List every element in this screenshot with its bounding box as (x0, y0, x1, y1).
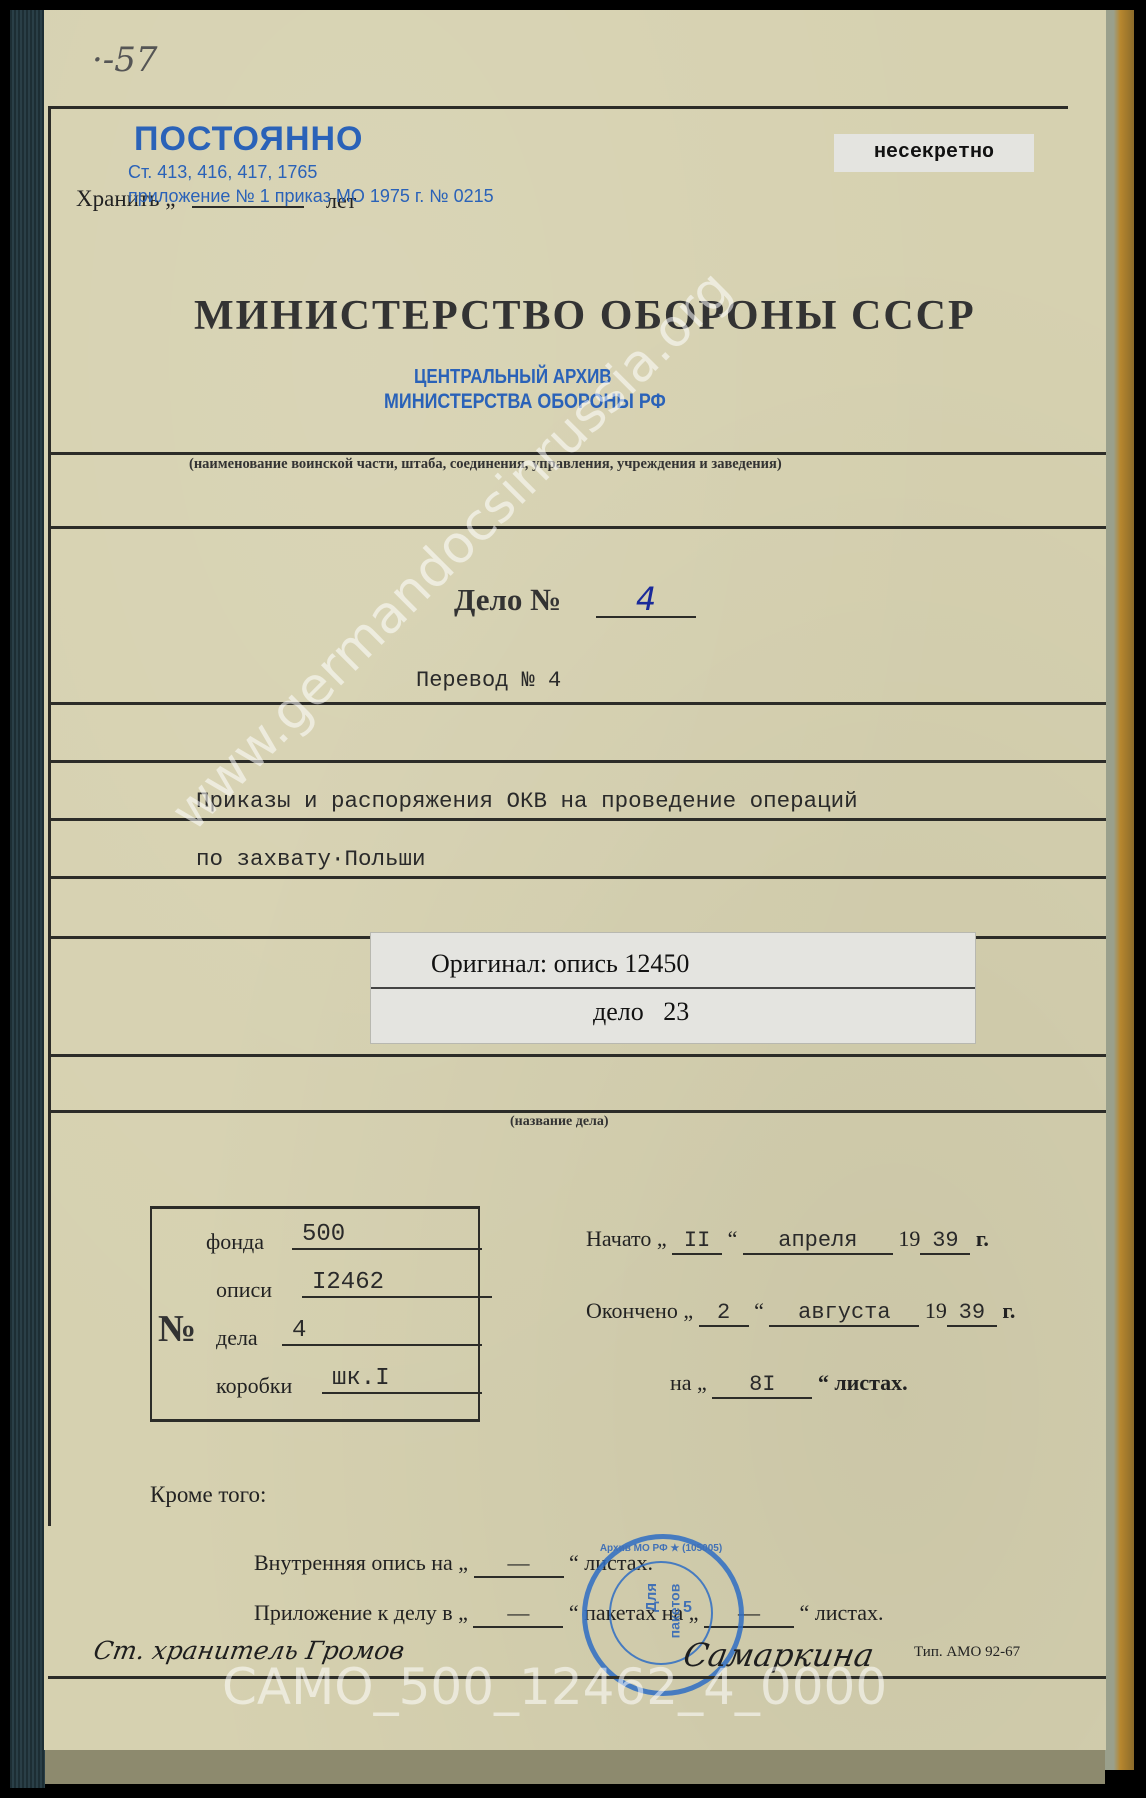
open-quote-2: “ (754, 1298, 764, 1323)
inventory-value: I2462 (302, 1269, 492, 1298)
rule-6 (48, 876, 1106, 879)
started-year-suffix: г. (976, 1226, 989, 1251)
bottom-watermark: CAMO_500_12462_4_0000 (222, 1658, 887, 1716)
ended-day: 2 (699, 1300, 749, 1327)
appendix-row: Приложение к делу в „ — “ пакетах на „ —… (254, 1600, 883, 1628)
fund-value: 500 (292, 1221, 482, 1250)
rule-8 (48, 1054, 1106, 1057)
started-label: Начато „ (586, 1226, 667, 1251)
started-year-prefix: 19 (898, 1226, 920, 1251)
inventory-label: описи (216, 1277, 272, 1303)
ended-year-suffix: г. (1002, 1298, 1015, 1323)
started-row: Начато „ II “ апреля 1939 г. (586, 1226, 989, 1255)
original-reference-line2: дело 23 (593, 997, 689, 1027)
case-number: 4 (636, 580, 656, 618)
document-cover: ·-57 ПОСТОЯННО Ст. 413, 416, 417, 1765 Х… (44, 10, 1106, 1750)
original-reference-label: Оригинал: опись 12450 дело 23 (370, 932, 976, 1044)
appendix-label: Приложение к делу в „ (254, 1600, 468, 1625)
ended-year: 39 (947, 1300, 997, 1327)
internal-inventory-label: Внутренняя опись на „ (254, 1550, 468, 1575)
ended-year-prefix: 19 (925, 1298, 947, 1323)
case-title-line1: Приказы и распоряжения ОКВ на проведение… (196, 788, 858, 814)
round-stamp-inner2: пакетов (666, 1584, 682, 1639)
binder-spine (10, 10, 45, 1788)
sheets-suffix: “ листах. (818, 1370, 908, 1395)
box-value: шк.I (322, 1365, 482, 1394)
case-label: Дело № (454, 582, 561, 618)
sheets-prefix: на „ (670, 1370, 707, 1395)
ministry-title: МИНИСТЕРСТВО ОБОРОНЫ СССР (194, 292, 976, 340)
appendix-packets-value: — (473, 1600, 563, 1628)
appendix-suffix: “ листах. (800, 1600, 884, 1625)
ended-row: Окончено „ 2 “ августа 1939 г. (586, 1298, 1015, 1327)
sheets-count: 8I (712, 1372, 812, 1399)
case-no-value: 4 (282, 1317, 482, 1346)
round-stamp-inner3: 5 (683, 1599, 692, 1617)
started-month: апреля (743, 1228, 893, 1255)
ended-label: Окончено „ (586, 1298, 693, 1323)
open-quote: “ (728, 1226, 738, 1251)
started-day: II (672, 1228, 722, 1255)
left-frame-rule (48, 106, 51, 1526)
retention-stamp-title: ПОСТОЯННО (134, 120, 364, 159)
case-title-caption: (название дела) (510, 1114, 609, 1130)
translation-label: Перевод № 4 (416, 668, 561, 693)
classification-label: несекретно (834, 134, 1034, 172)
round-stamp-inner1: Для (643, 1583, 660, 1612)
started-year: 39 (920, 1228, 970, 1255)
retention-stamp-line1: Ст. 413, 416, 417, 1765 (128, 162, 317, 183)
print-code: Тип. АМО 92-67 (914, 1644, 1020, 1661)
case-number-field: 4 (596, 580, 696, 618)
archive-reference-box: № фонда 500 описи I2462 дела 4 коробки ш… (150, 1206, 480, 1422)
original-reference-line1: Оригинал: опись 12450 (431, 949, 689, 979)
rule-2 (48, 526, 1106, 529)
round-stamp-outer-text: Архив МО РФ ★ (105005) (589, 1543, 733, 1554)
additionally-heading: Кроме того: (150, 1482, 266, 1508)
internal-inventory-value: — (474, 1550, 564, 1578)
label-divider (371, 987, 975, 989)
fund-label: фонда (206, 1229, 264, 1255)
rule-3 (48, 702, 1106, 705)
case-title-line2: по захвату·Польши (196, 846, 426, 872)
case-no-label: дела (216, 1325, 258, 1351)
number-sign: № (158, 1307, 196, 1351)
unit-caption: (наименование воинской части, штаба, сое… (189, 456, 782, 473)
sheets-row: на „ 8I “ листах. (670, 1370, 908, 1399)
top-rule (48, 106, 1068, 109)
handwritten-top-mark: ·-57 (92, 40, 158, 80)
ended-month: августа (769, 1300, 919, 1327)
retention-stamp-line2: приложение № 1 приказ МО 1975 г. № 0215 (128, 186, 494, 207)
case-title-rule (48, 1110, 1106, 1113)
box-label: коробки (216, 1373, 292, 1399)
